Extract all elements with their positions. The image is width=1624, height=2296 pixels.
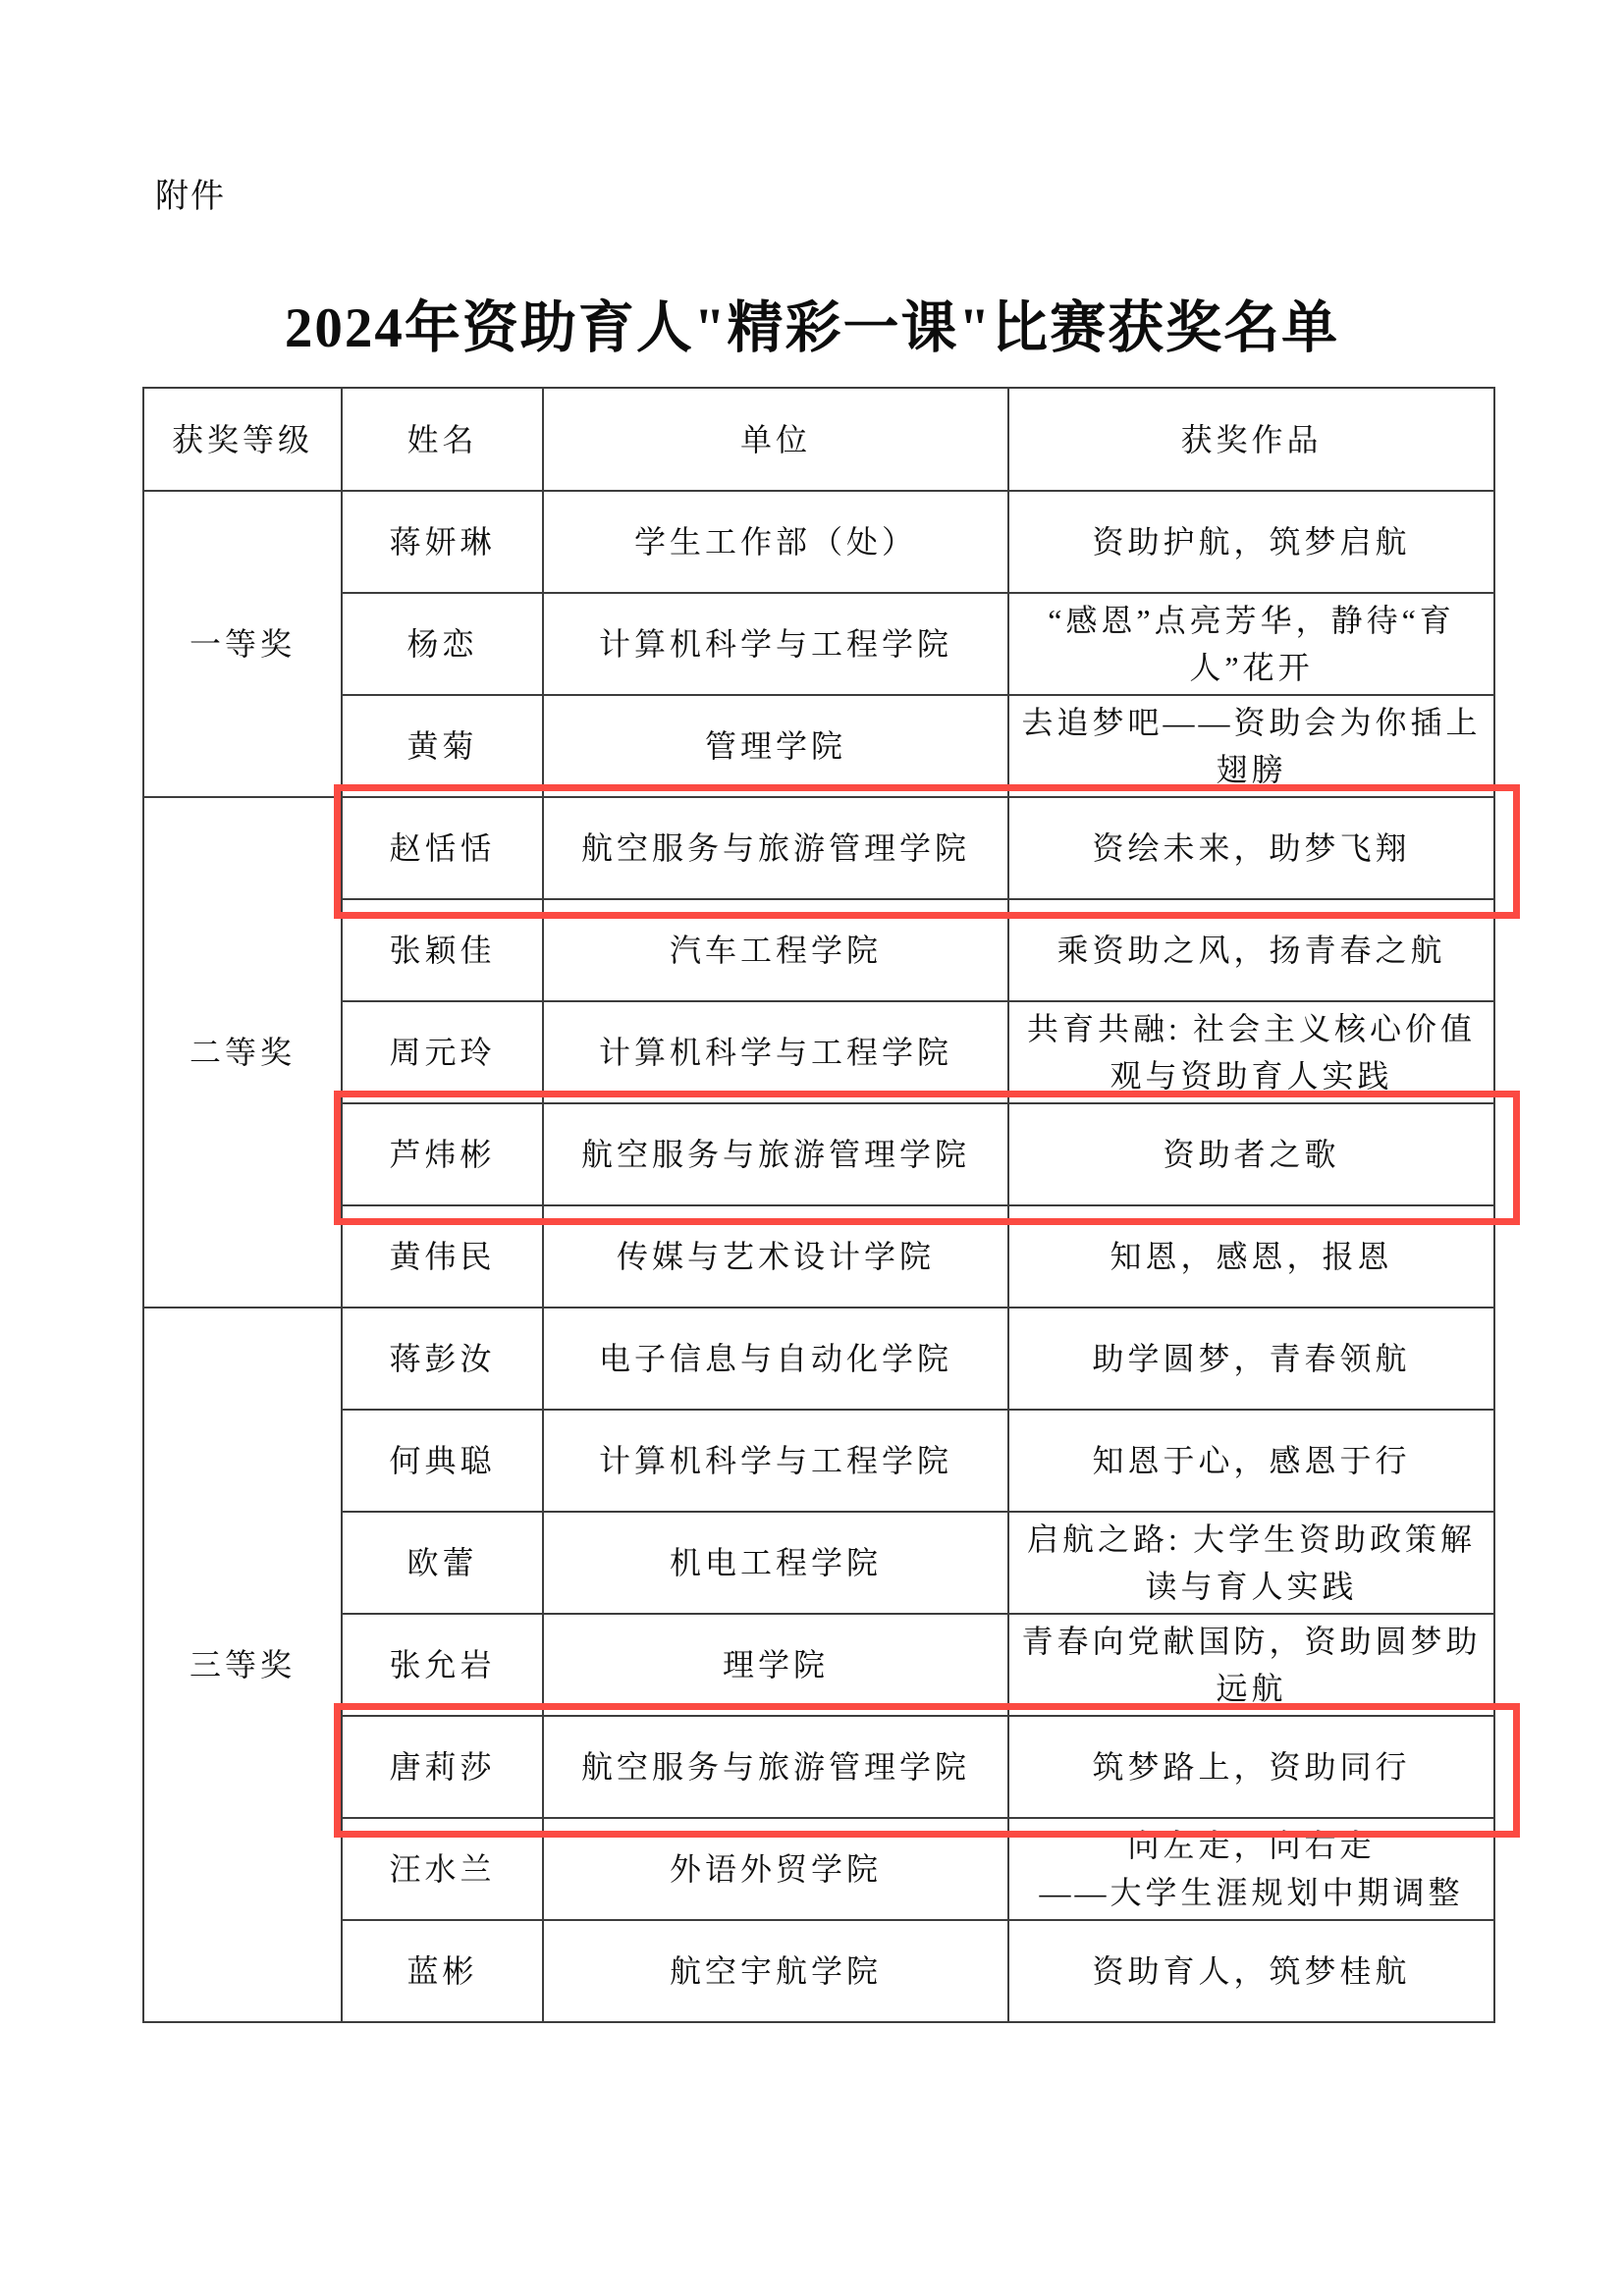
table-row: 何典聪计算机科学与工程学院知恩于心，感恩于行 bbox=[143, 1410, 1494, 1512]
work-title-cell: 乘资助之风，扬青春之航 bbox=[1008, 899, 1494, 1001]
work-title-cell: 知恩，感恩，报恩 bbox=[1008, 1205, 1494, 1308]
work-title-cell: 知恩于心，感恩于行 bbox=[1008, 1410, 1494, 1512]
unit-cell: 汽车工程学院 bbox=[543, 899, 1008, 1001]
work-title-cell: 资助育人，筑梦桂航 bbox=[1008, 1920, 1494, 2022]
unit-cell: 计算机科学与工程学院 bbox=[543, 1001, 1008, 1103]
table-row: 张允岩理学院青春向党献国防，资助圆梦助远航 bbox=[143, 1614, 1494, 1716]
unit-cell: 学生工作部（处） bbox=[543, 491, 1008, 593]
work-title-cell: 青春向党献国防，资助圆梦助远航 bbox=[1008, 1614, 1494, 1716]
header-award-level: 获奖等级 bbox=[143, 388, 342, 491]
work-title-cell: 启航之路: 大学生资助政策解读与育人实践 bbox=[1008, 1512, 1494, 1614]
page-title: 2024年资助育人"精彩一课"比赛获奖名单 bbox=[0, 283, 1624, 363]
unit-cell: 计算机科学与工程学院 bbox=[543, 593, 1008, 695]
unit-cell: 外语外贸学院 bbox=[543, 1818, 1008, 1920]
unit-cell: 航空服务与旅游管理学院 bbox=[543, 1716, 1008, 1818]
table-row: 芦炜彬航空服务与旅游管理学院资助者之歌 bbox=[143, 1103, 1494, 1205]
table-row: 黄伟民传媒与艺术设计学院知恩，感恩，报恩 bbox=[143, 1205, 1494, 1308]
work-title-cell: 筑梦路上，资助同行 bbox=[1008, 1716, 1494, 1818]
header-work: 获奖作品 bbox=[1008, 388, 1494, 491]
winner-name-cell: 蒋彭汝 bbox=[342, 1308, 543, 1410]
winner-name-cell: 杨恋 bbox=[342, 593, 543, 695]
award-level-cell: 二等奖 bbox=[143, 797, 342, 1308]
work-title-cell: 资助者之歌 bbox=[1008, 1103, 1494, 1205]
table-row: 杨恋计算机科学与工程学院“感恩”点亮芳华，静待“育人”花开 bbox=[143, 593, 1494, 695]
unit-cell: 理学院 bbox=[543, 1614, 1008, 1716]
work-title-cell: 去追梦吧——资助会为你插上翅膀 bbox=[1008, 695, 1494, 797]
work-title-cell: “感恩”点亮芳华，静待“育人”花开 bbox=[1008, 593, 1494, 695]
unit-cell: 计算机科学与工程学院 bbox=[543, 1410, 1008, 1512]
winner-name-cell: 周元玲 bbox=[342, 1001, 543, 1103]
award-level-cell: 三等奖 bbox=[143, 1308, 342, 2022]
work-title-cell: 资助护航，筑梦启航 bbox=[1008, 491, 1494, 593]
unit-cell: 电子信息与自动化学院 bbox=[543, 1308, 1008, 1410]
unit-cell: 航空服务与旅游管理学院 bbox=[543, 1103, 1008, 1205]
table-row: 欧蕾机电工程学院启航之路: 大学生资助政策解读与育人实践 bbox=[143, 1512, 1494, 1614]
winner-name-cell: 汪水兰 bbox=[342, 1818, 543, 1920]
work-title-cell: 共育共融: 社会主义核心价值观与资助育人实践 bbox=[1008, 1001, 1494, 1103]
table-row: 二等奖赵恬恬航空服务与旅游管理学院资绘未来，助梦飞翔 bbox=[143, 797, 1494, 899]
table-row: 张颖佳汽车工程学院乘资助之风，扬青春之航 bbox=[143, 899, 1494, 1001]
winner-name-cell: 黄菊 bbox=[342, 695, 543, 797]
header-name: 姓名 bbox=[342, 388, 543, 491]
unit-cell: 管理学院 bbox=[543, 695, 1008, 797]
unit-cell: 航空服务与旅游管理学院 bbox=[543, 797, 1008, 899]
winner-name-cell: 蓝彬 bbox=[342, 1920, 543, 2022]
table-row: 一等奖蒋妍琳学生工作部（处）资助护航，筑梦启航 bbox=[143, 491, 1494, 593]
work-title-cell: 向左走，向右走 ——大学生涯规划中期调整 bbox=[1008, 1818, 1494, 1920]
winner-name-cell: 黄伟民 bbox=[342, 1205, 543, 1308]
table-row: 黄菊管理学院去追梦吧——资助会为你插上翅膀 bbox=[143, 695, 1494, 797]
work-title-cell: 资绘未来，助梦飞翔 bbox=[1008, 797, 1494, 899]
table-row: 蓝彬航空宇航学院资助育人，筑梦桂航 bbox=[143, 1920, 1494, 2022]
header-unit: 单位 bbox=[543, 388, 1008, 491]
winner-name-cell: 欧蕾 bbox=[342, 1512, 543, 1614]
table-row: 三等奖蒋彭汝电子信息与自动化学院助学圆梦，青春领航 bbox=[143, 1308, 1494, 1410]
unit-cell: 机电工程学院 bbox=[543, 1512, 1008, 1614]
table-row: 汪水兰外语外贸学院向左走，向右走 ——大学生涯规划中期调整 bbox=[143, 1818, 1494, 1920]
work-title-cell: 助学圆梦，青春领航 bbox=[1008, 1308, 1494, 1410]
attachment-label: 附件 bbox=[155, 169, 226, 217]
award-table: 获奖等级 姓名 单位 获奖作品 一等奖蒋妍琳学生工作部（处）资助护航，筑梦启航杨… bbox=[142, 387, 1495, 2023]
document-page: 附件 2024年资助育人"精彩一课"比赛获奖名单 获奖等级 姓名 单位 获奖作品… bbox=[0, 0, 1624, 2296]
winner-name-cell: 张允岩 bbox=[342, 1614, 543, 1716]
winner-name-cell: 蒋妍琳 bbox=[342, 491, 543, 593]
winner-name-cell: 赵恬恬 bbox=[342, 797, 543, 899]
table-row: 周元玲计算机科学与工程学院共育共融: 社会主义核心价值观与资助育人实践 bbox=[143, 1001, 1494, 1103]
unit-cell: 传媒与艺术设计学院 bbox=[543, 1205, 1008, 1308]
winner-name-cell: 芦炜彬 bbox=[342, 1103, 543, 1205]
winner-name-cell: 张颖佳 bbox=[342, 899, 543, 1001]
award-level-cell: 一等奖 bbox=[143, 491, 342, 797]
unit-cell: 航空宇航学院 bbox=[543, 1920, 1008, 2022]
table-row: 唐莉莎航空服务与旅游管理学院筑梦路上，资助同行 bbox=[143, 1716, 1494, 1818]
winner-name-cell: 唐莉莎 bbox=[342, 1716, 543, 1818]
table-header-row: 获奖等级 姓名 单位 获奖作品 bbox=[143, 388, 1494, 491]
winner-name-cell: 何典聪 bbox=[342, 1410, 543, 1512]
